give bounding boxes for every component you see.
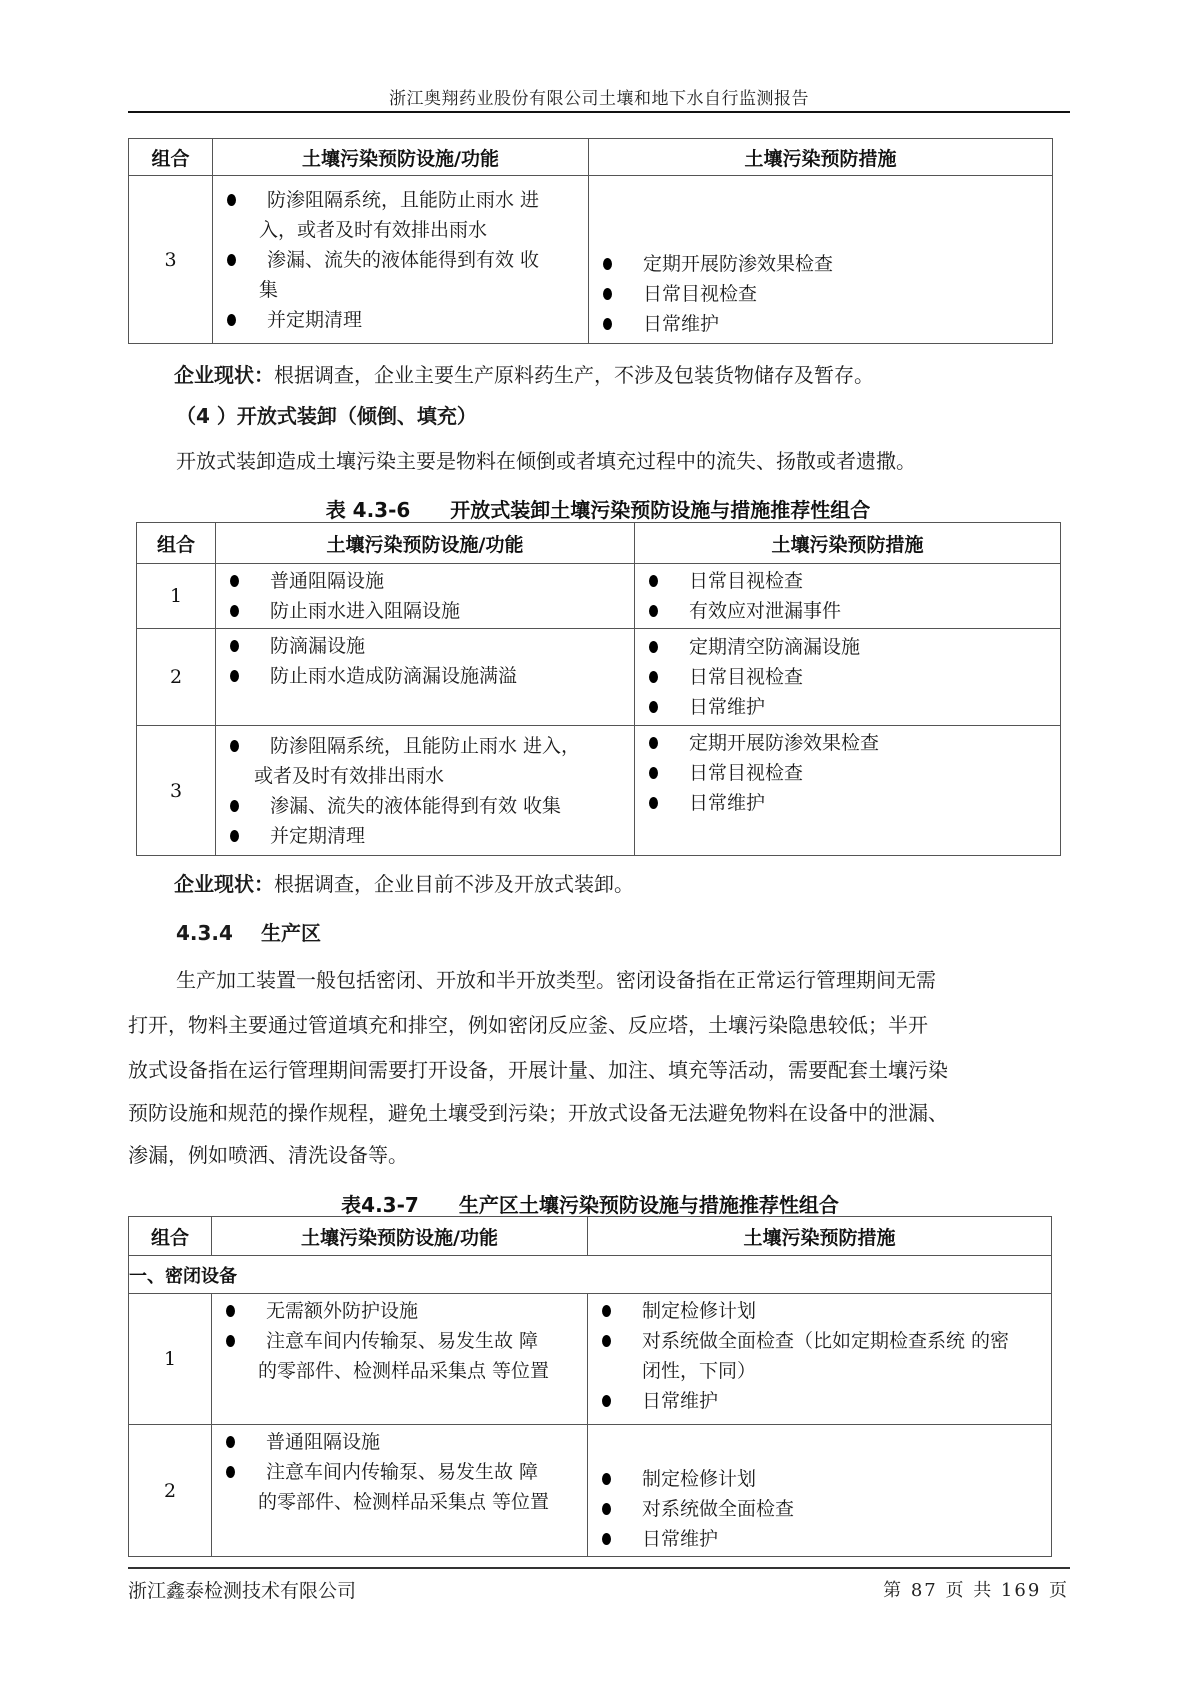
section-heading: 4.3.4生产区	[176, 922, 321, 944]
subsection-heading: （4 ）开放式装卸（倾倒、填充）	[176, 405, 477, 427]
measure-cell: 日常目视检查 有效应对泄漏事件	[635, 564, 1061, 629]
table-caption-number: 表4.3-7	[341, 1189, 419, 1218]
list-item-continuation: 的零部件、检测样品采集点 等位置	[220, 1356, 583, 1386]
status-label: 企业现状：	[174, 363, 274, 387]
group-number: 3	[137, 726, 216, 856]
list-item: 注意车间内传输泵、易发生故 障	[220, 1326, 583, 1356]
measure-cell: 定期清空防滴漏设施 日常目视检查 日常维护	[635, 629, 1061, 726]
facility-cell: 无需额外防护设施 注意车间内传输泵、易发生故 障 的零部件、检测样品采集点 等位…	[212, 1294, 588, 1425]
measure-cell: 制定检修计划 对系统做全面检查（比如定期检查系统 的密 闭性，下同） 日常维护	[588, 1294, 1052, 1425]
col-header-group: 组合	[137, 523, 216, 564]
list-item-continuation: 入，或者及时有效排出雨水	[221, 215, 584, 245]
col-header-facility: 土壤污染预防设施/功能	[212, 1217, 588, 1256]
facility-cell: 防渗阻隔系统，且能防止雨水 进入， 或者及时有效排出雨水 渗漏、流失的液体能得到…	[216, 726, 635, 856]
list-item: 并定期清理	[224, 821, 630, 851]
table-caption: 表4.3-7生产区土壤污染预防设施与措施推荐性组合	[128, 1189, 1052, 1218]
footer-company: 浙江鑫泰检测技术有限公司	[128, 1576, 356, 1603]
list-item-continuation: 集	[221, 275, 584, 305]
list-item: 制定检修计划	[596, 1296, 1047, 1326]
facility-cell: 普通阻隔设施 注意车间内传输泵、易发生故 障 的零部件、检测样品采集点 等位置	[212, 1425, 588, 1557]
list-item: 日常维护	[596, 1524, 1047, 1554]
table-row: 1 无需额外防护设施 注意车间内传输泵、易发生故 障 的零部件、检测样品采集点 …	[129, 1294, 1052, 1425]
status-paragraph-1: 企业现状：根据调查，企业主要生产原料药生产，不涉及包装货物储存及暂存。	[174, 364, 874, 386]
facility-cell: 防滴漏设施 防止雨水造成防滴漏设施满溢	[216, 629, 635, 726]
col-header-measure: 土壤污染预防措施	[635, 523, 1061, 564]
paragraph-line: 生产加工装置一般包括密闭、开放和半开放类型。密闭设备指在正常运行管理期间无需	[176, 969, 936, 991]
table-row: 2 防滴漏设施 防止雨水造成防滴漏设施满溢 定期清空防滴漏设施 日常目视检查 日…	[137, 629, 1061, 726]
list-item: 对系统做全面检查	[596, 1494, 1047, 1524]
list-item-continuation: 闭性，下同）	[596, 1356, 1047, 1386]
section-number: 4.3.4	[176, 921, 233, 945]
facility-cell: 防渗阻隔系统，且能防止雨水 进 入，或者及时有效排出雨水 渗漏、流失的液体能得到…	[213, 176, 589, 344]
list-item: 日常目视检查	[597, 279, 1048, 309]
measure-cell: 制定检修计划 对系统做全面检查 日常维护	[588, 1425, 1052, 1557]
status-text: 根据调查，企业目前不涉及开放式装卸。	[274, 872, 634, 896]
col-header-group: 组合	[129, 139, 213, 176]
list-item-continuation: 或者及时有效排出雨水	[224, 761, 630, 791]
list-item: 日常维护	[643, 692, 1056, 722]
list-item: 日常目视检查	[643, 758, 1056, 788]
paragraph-line: 预防设施和规范的操作规程，避免土壤受到污染；开放式设备无法避免物料在设备中的泄漏…	[128, 1102, 948, 1124]
section-row-sealed-equipment: 一、密闭设备	[129, 1256, 1052, 1294]
list-item: 日常维护	[596, 1386, 1047, 1416]
group-number: 2	[137, 629, 216, 726]
list-item: 普通阻隔设施	[220, 1427, 583, 1457]
col-header-measure: 土壤污染预防措施	[588, 1217, 1052, 1256]
table-caption-title: 开放式装卸土壤污染预防设施与措施推荐性组合	[450, 498, 870, 522]
list-item: 日常目视检查	[643, 566, 1056, 596]
list-item: 日常目视检查	[643, 662, 1056, 692]
list-item: 无需额外防护设施	[220, 1296, 583, 1326]
list-item: 有效应对泄漏事件	[643, 596, 1056, 626]
col-header-measure: 土壤污染预防措施	[589, 139, 1053, 176]
list-item: 定期清空防滴漏设施	[643, 632, 1056, 662]
table-caption: 表 4.3-6开放式装卸土壤污染预防设施与措施推荐性组合	[136, 494, 1060, 523]
list-item: 渗漏、流失的液体能得到有效 收集	[224, 791, 630, 821]
list-item: 防渗阻隔系统，且能防止雨水 进	[221, 185, 584, 215]
page-number: 第 87 页 共 169 页	[883, 1576, 1069, 1602]
table-4-3-6: 组合 土壤污染预防设施/功能 土壤污染预防措施 1 普通阻隔设施 防止雨水进入阻…	[136, 522, 1061, 856]
status-text: 根据调查，企业主要生产原料药生产，不涉及包装货物储存及暂存。	[274, 363, 874, 387]
measure-cell: 定期开展防渗效果检查 日常目视检查 日常维护	[635, 726, 1061, 856]
header-rule	[128, 111, 1070, 113]
col-header-facility: 土壤污染预防设施/功能	[216, 523, 635, 564]
table-caption-title: 生产区土壤污染预防设施与措施推荐性组合	[459, 1193, 839, 1217]
col-header-facility: 土壤污染预防设施/功能	[213, 139, 589, 176]
list-item: 定期开展防渗效果检查	[597, 249, 1048, 279]
list-item: 渗漏、流失的液体能得到有效 收	[221, 245, 584, 275]
list-item: 日常维护	[643, 788, 1056, 818]
list-item: 注意车间内传输泵、易发生故 障	[220, 1457, 583, 1487]
list-item: 制定检修计划	[596, 1464, 1047, 1494]
list-item-continuation: 的零部件、检测样品采集点 等位置	[220, 1487, 583, 1517]
list-item: 日常维护	[597, 309, 1048, 339]
list-item: 防止雨水进入阻隔设施	[224, 596, 630, 626]
col-header-group: 组合	[129, 1217, 212, 1256]
list-item: 防渗阻隔系统，且能防止雨水 进入，	[224, 731, 630, 761]
status-label: 企业现状：	[174, 872, 274, 896]
table-row: 3 防渗阻隔系统，且能防止雨水 进 入，或者及时有效排出雨水 渗漏、流失的液体能…	[129, 176, 1053, 344]
section-title: 生产区	[261, 921, 321, 945]
table-caption-number: 表 4.3-6	[326, 494, 411, 523]
list-item: 防滴漏设施	[224, 631, 630, 661]
list-item: 并定期清理	[221, 305, 584, 335]
paragraph-line: 渗漏，例如喷洒、清洗设备等。	[128, 1144, 408, 1166]
table-continued: 组合 土壤污染预防设施/功能 土壤污染预防措施 3 防渗阻隔系统，且能防止雨水 …	[128, 138, 1053, 344]
measure-cell: 定期开展防渗效果检查 日常目视检查 日常维护	[589, 176, 1053, 344]
status-paragraph-2: 企业现状：根据调查，企业目前不涉及开放式装卸。	[174, 873, 634, 895]
page-header-title: 浙江奥翔药业股份有限公司土壤和地下水自行监测报告	[128, 84, 1070, 109]
list-item: 对系统做全面检查（比如定期检查系统 的密	[596, 1326, 1047, 1356]
table-row: 3 防渗阻隔系统，且能防止雨水 进入， 或者及时有效排出雨水 渗漏、流失的液体能…	[137, 726, 1061, 856]
group-number: 3	[129, 176, 213, 344]
facility-cell: 普通阻隔设施 防止雨水进入阻隔设施	[216, 564, 635, 629]
table-row: 2 普通阻隔设施 注意车间内传输泵、易发生故 障 的零部件、检测样品采集点 等位…	[129, 1425, 1052, 1557]
table-4-3-7: 组合 土壤污染预防设施/功能 土壤污染预防措施 一、密闭设备 1 无需额外防护设…	[128, 1216, 1052, 1557]
list-item: 定期开展防渗效果检查	[643, 728, 1056, 758]
list-item: 防止雨水造成防滴漏设施满溢	[224, 661, 630, 691]
group-number: 1	[137, 564, 216, 629]
table-row: 1 普通阻隔设施 防止雨水进入阻隔设施 日常目视检查 有效应对泄漏事件	[137, 564, 1061, 629]
footer-rule	[128, 1567, 1070, 1569]
list-item: 普通阻隔设施	[224, 566, 630, 596]
group-number: 1	[129, 1294, 212, 1425]
paragraph-line: 打开，物料主要通过管道填充和排空，例如密闭反应釜、反应塔，土壤污染隐患较低；半开	[128, 1014, 928, 1036]
subsection-paragraph: 开放式装卸造成土壤污染主要是物料在倾倒或者填充过程中的流失、扬散或者遗撒。	[176, 450, 916, 472]
group-number: 2	[129, 1425, 212, 1557]
paragraph-line: 放式设备指在运行管理期间需要打开设备，开展计量、加注、填充等活动，需要配套土壤污…	[128, 1059, 948, 1081]
